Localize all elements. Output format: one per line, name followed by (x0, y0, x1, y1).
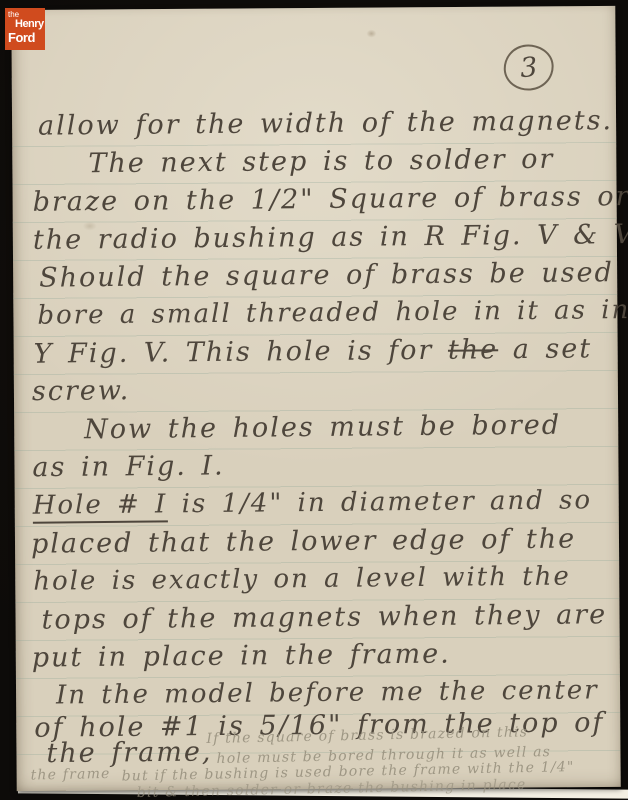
manuscript-line: Y Fig. V. This hole is for the a set (34, 333, 593, 369)
manuscript-line: The next step is to solder or (88, 144, 554, 179)
manuscript-line: put in place in the frame. (32, 639, 451, 674)
manuscript-line: bore a small threaded hole in it as in (37, 295, 628, 331)
manuscript-line: screw. (32, 375, 131, 407)
page-number-circle: 3 (502, 43, 555, 93)
manuscript-line: Hole # I is 1/4" in diameter and so (33, 485, 593, 520)
manuscript-line: placed that the lower edge of the (31, 523, 576, 559)
photo-background: 3 allow for the width of the magnets. Th… (0, 0, 628, 800)
manuscript-line: hole is exactly on a level with the (33, 562, 571, 597)
struck-word: the (448, 334, 499, 365)
manuscript-line: Now the holes must be bored (84, 410, 561, 446)
logo-word-ford: Ford (8, 31, 43, 44)
page-number: 3 (519, 51, 539, 83)
underlined-phrase: Hole # I (33, 489, 168, 523)
manuscript-line: tops of the magnets when they are (41, 599, 607, 635)
manuscript-page: 3 allow for the width of the magnets. Th… (11, 6, 620, 791)
manuscript-line: the radio bushing as in R Fig. V & VIII. (33, 219, 628, 256)
manuscript-line: In the model before me the center (56, 675, 599, 710)
manuscript-line: braze on the 1/2" Square of brass or (32, 181, 628, 218)
manuscript-line: as in Fig. I. (32, 450, 225, 483)
henry-ford-logo: the Henry Ford (5, 8, 45, 50)
manuscript-line: Should the square of brass be used (39, 257, 614, 294)
manuscript-line: allow for the width of the magnets. (38, 105, 613, 142)
manuscript-line: the frame, (46, 737, 212, 770)
logo-word-henry: Henry (15, 19, 43, 30)
pencil-annotation: the frame (30, 766, 110, 784)
